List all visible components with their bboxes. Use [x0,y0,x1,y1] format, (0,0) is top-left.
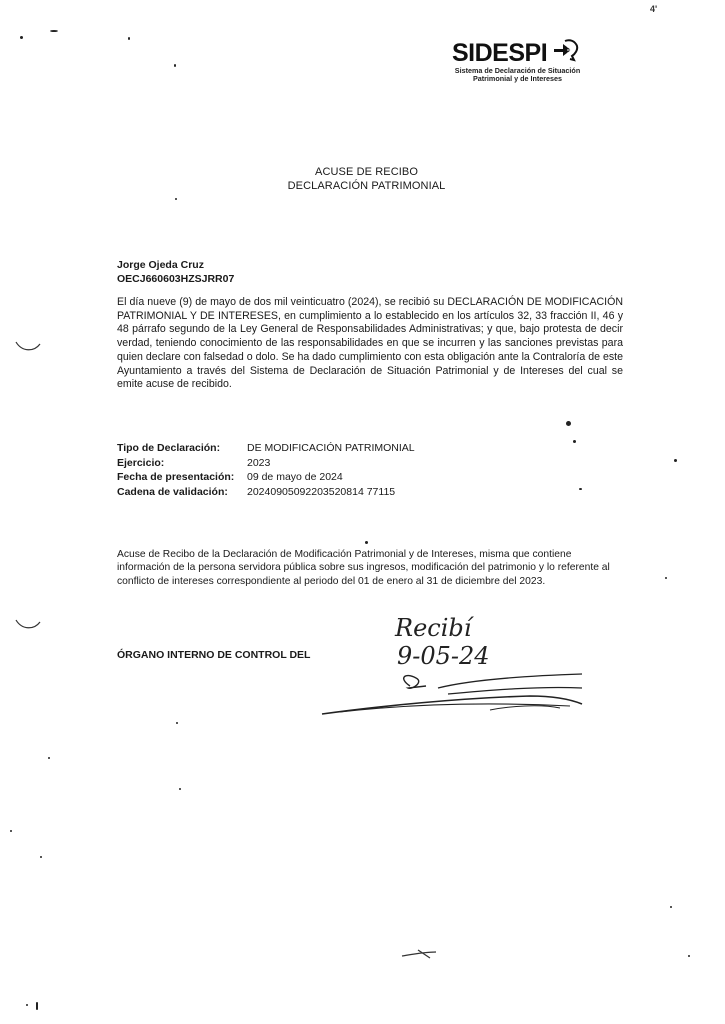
detail-label: Tipo de Declaración: [117,441,247,456]
document-title: ACUSE DE RECIBO DECLARACIÓN PATRIMONIAL [250,165,483,193]
scan-curve-mark [14,340,42,354]
detail-label: Fecha de presentación: [117,470,247,485]
detail-label: Ejercicio: [117,456,247,471]
scan-stroke-mark [400,946,450,960]
detail-value: 09 de mayo de 2024 [247,470,343,485]
recipient-block: Jorge Ojeda Cruz OECJ660603HZSJRR07 [117,258,234,286]
scan-curve-mark [14,618,42,632]
handwritten-received-note: Recibí [394,614,475,642]
sidespi-logo: SIDESPI Sistema de Declaración de Situac… [452,38,602,83]
recipient-rfc: OECJ660603HZSJRR07 [117,272,234,286]
body-paragraph: El día nueve (9) de mayo de dos mil vein… [117,296,623,392]
logo-subtitle-line2: Patrimonial y de Intereses [450,75,585,83]
detail-value: DE MODIFICACIÓN PATRIMONIAL [247,441,415,456]
handwritten-signature: Recibí 9-05-24 [320,606,590,721]
detail-value: 2023 [247,456,270,471]
detail-row-validation: Cadena de validación: 202409050922035208… [117,485,415,500]
closing-paragraph: Acuse de Recibo de la Declaración de Mod… [117,548,627,588]
recipient-name: Jorge Ojeda Cruz [117,258,234,272]
arrow-hand-icon [553,38,579,67]
detail-row-type: Tipo de Declaración: DE MODIFICACIÓN PAT… [117,441,415,456]
declaration-details: Tipo de Declaración: DE MODIFICACIÓN PAT… [117,441,415,499]
logo-wordmark: SIDESPI [452,41,547,65]
detail-row-date: Fecha de presentación: 09 de mayo de 202… [117,470,415,485]
detail-label: Cadena de validación: [117,485,247,500]
detail-row-year: Ejercicio: 2023 [117,456,415,471]
page-number-mark: 4' [650,4,657,14]
handwritten-date-note: 9-05-24 [397,642,490,670]
detail-value: 20240905092203520814 77115 [247,485,395,500]
title-line-2: DECLARACIÓN PATRIMONIAL [250,179,483,193]
organ-label: ÓRGANO INTERNO DE CONTROL DEL [117,649,310,661]
title-line-1: ACUSE DE RECIBO [250,165,483,179]
